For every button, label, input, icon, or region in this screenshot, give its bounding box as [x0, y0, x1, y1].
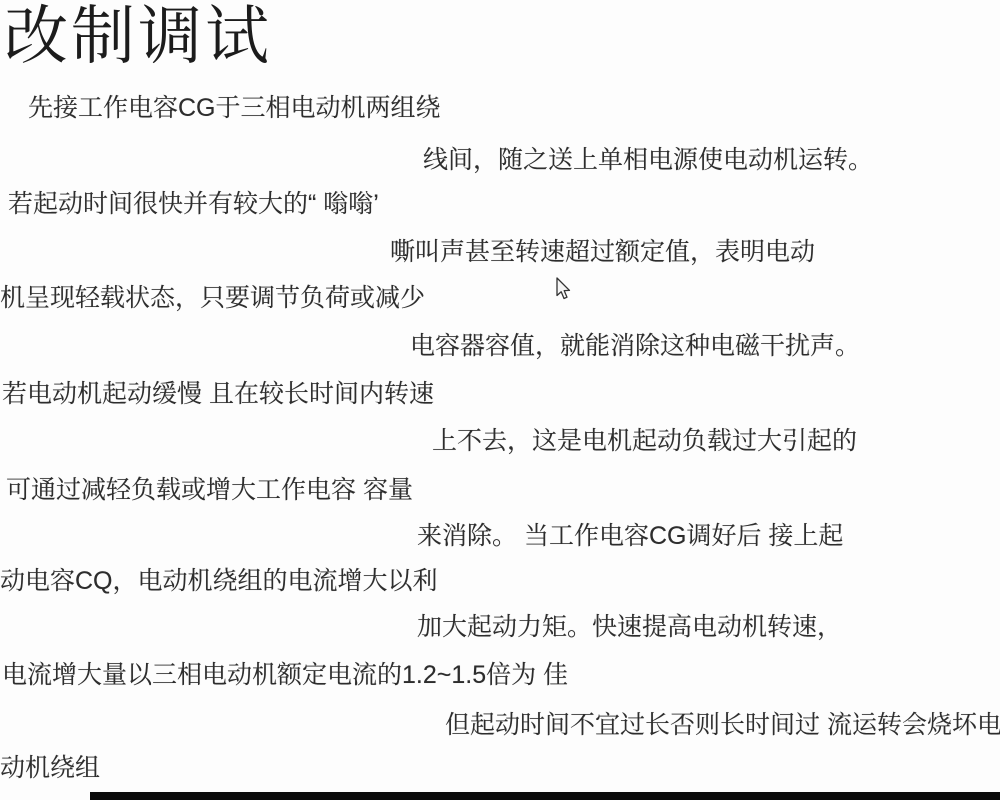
text-line-14: 但起动时间不宜过长否则长时间过 流运转会烧坏电 — [445, 712, 1000, 738]
text-body: 先接工作电容CG于三相电动机两组绕线间，随之送上单相电源使电动机运转。若起动时间… — [0, 0, 1000, 800]
text-line-6: 电容器容值，就能消除这种电磁干扰声。 — [410, 333, 860, 359]
text-line-4: 嘶叫声甚至转速超过额定值，表明电动 — [390, 239, 815, 265]
text-line-8: 上不去，这是电机起动负载过大引起的 — [432, 428, 857, 454]
text-line-12: 加大起动力矩。快速提高电动机转速， — [417, 614, 842, 640]
bottom-bar — [90, 792, 1000, 800]
text-line-15: 动机绕组 — [0, 755, 100, 781]
text-line-13: 电流增大量以三相电动机额定电流的1.2~1.5倍为 佳 — [2, 662, 568, 688]
text-line-7: 若电动机起动缓慢 且在较长时间内转速 — [2, 381, 434, 407]
text-line-10: 来消除。 当工作电容CG调好后 接上起 — [417, 523, 843, 549]
text-line-11: 动电容CQ，电动机绕组的电流增大以利 — [0, 568, 438, 594]
text-line-2: 线间，随之送上单相电源使电动机运转。 — [423, 147, 873, 173]
document-page: 改制调试 先接工作电容CG于三相电动机两组绕线间，随之送上单相电源使电动机运转。… — [0, 0, 1000, 800]
text-line-5: 机呈现轻载状态，只要调节负荷或减少 — [0, 285, 425, 311]
text-line-9: 可通过减轻负载或增大工作电容 容量 — [6, 477, 413, 503]
text-line-1: 先接工作电容CG于三相电动机两组绕 — [28, 95, 441, 121]
text-line-3: 若起动时间很快并有较大的“ 嗡嗡’ — [8, 191, 379, 217]
